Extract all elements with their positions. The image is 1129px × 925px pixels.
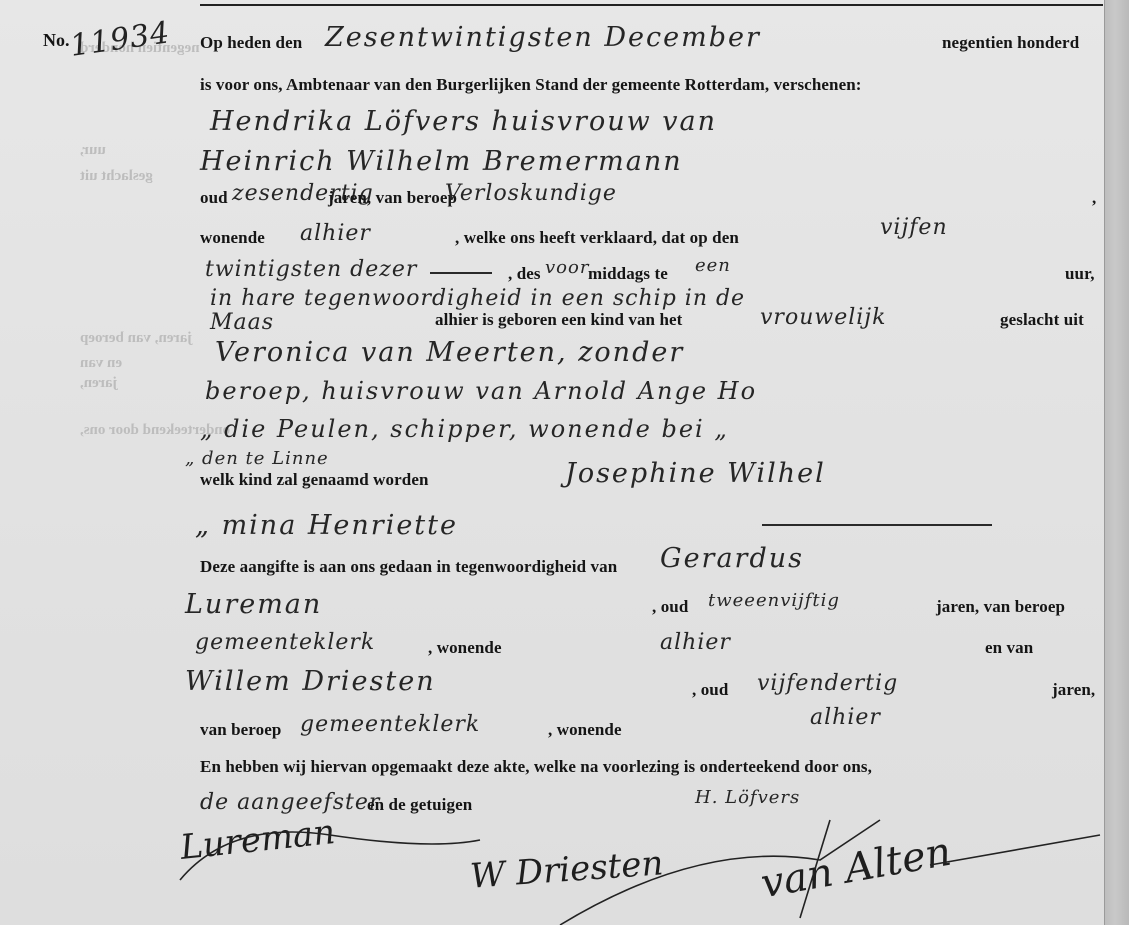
fill-dash [430,272,492,274]
bleed-through-text: uur, [80,142,106,159]
bleed-through-text: jaren, [80,375,118,392]
handwritten-signatory-role: de aangeefster [200,790,380,815]
printed-text: , oud [652,597,688,617]
printed-text: wonende [200,228,265,248]
handwritten-mother-details: beroep, huisvrouw van Arnold Ange Ho [205,377,757,405]
handwritten-birth-day: vijfen [880,215,948,240]
printed-text: , oud [692,680,728,700]
handwritten-witness2-residence: alhier [810,705,881,730]
printed-text: jaren, [1052,680,1095,700]
printed-text: , wonende [548,720,622,740]
printed-text: oud [200,188,228,208]
printed-text: en van [985,638,1033,658]
handwritten-time-of-day: voor [545,257,589,278]
printed-text: welk kind zal genaamd worden [200,470,429,490]
printed-text: Op heden den [200,33,302,53]
handwritten-witness1-residence: alhier [660,630,731,655]
signature-strokes [0,0,1104,925]
handwritten-hour: een [695,255,731,276]
printed-text: uur, [1065,264,1095,284]
signature-official: van Alten [757,829,954,908]
bleed-through-text: geslacht uit [80,168,153,185]
handwritten-declarant-signature: H. Löfvers [695,787,800,808]
handwritten-birth-place-cont: Maas [210,310,274,335]
handwritten-birth-day-cont: twintigsten dezer [205,257,417,282]
printed-text: Deze aangifte is aan ons gedaan in tegen… [200,557,617,577]
printed-text: geslacht uit [1000,310,1084,330]
handwritten-date: Zesentwintigsten December [325,22,761,53]
fill-line [762,524,992,526]
signature-witness2: W Driesten [469,843,665,896]
handwritten-father-details: „ die Peulen, schipper, wonende bei „ [200,415,729,443]
bleed-through-text: en van [80,355,122,372]
handwritten-occupation: Verloskundige [445,181,617,206]
handwritten-declarant: Hendrika Löfvers huisvrouw van [210,106,717,137]
top-rule [200,4,1103,6]
printed-text: , [1092,188,1096,208]
handwritten-sex: vrouwelijk [760,305,886,330]
handwritten-witness1-first: Gerardus [660,543,804,574]
printed-text: En hebben wij hiervan opgemaakt deze akt… [200,757,872,777]
certificate-page: negentien honderd uur, geslacht uit jare… [0,0,1104,925]
page-edge [1104,0,1129,925]
printed-text: is voor ons, Ambtenaar van den Burgerlij… [200,75,862,95]
printed-text: , welke ons heeft verklaard, dat op den [455,228,739,248]
printed-text: , wonende [428,638,502,658]
printed-text: , des [508,264,541,284]
handwritten-witness2-occupation: gemeenteklerk [300,712,480,737]
certificate-number-label: No. [43,30,70,51]
handwritten-child-name-cont: „ mina Henriette [195,510,458,541]
handwritten-witness1-occupation: gemeenteklerk [195,630,375,655]
handwritten-birth-place: in hare tegenwoordigheid in een schip in… [210,286,745,311]
printed-text: jaren, van beroep [328,188,457,208]
printed-text: van beroep [200,720,281,740]
bleed-through-text: jaren, van beroep [80,330,192,347]
printed-text: en de getuigen [367,795,472,815]
handwritten-residence-place: „ den te Linne [185,448,329,469]
handwritten-witness2-age: vijfendertig [757,671,898,696]
handwritten-mother-name: Veronica van Meerten, zonder [215,337,684,368]
handwritten-witness2-name: Willem Driesten [185,666,436,697]
printed-text: negentien honderd [942,33,1079,53]
handwritten-witness1-surname: Lureman [185,589,322,620]
handwritten-residence: alhier [300,221,371,246]
printed-text: jaren, van beroep [936,597,1065,617]
handwritten-husband-name: Heinrich Wilhelm Bremermann [200,146,683,177]
handwritten-witness1-age: tweeenvijftig [708,590,840,611]
printed-text: middags te [588,264,668,284]
handwritten-child-name: Josephine Wilhel [565,458,826,489]
signature-witness1: Lureman [178,812,337,868]
printed-text: alhier is geboren een kind van het [435,310,682,330]
